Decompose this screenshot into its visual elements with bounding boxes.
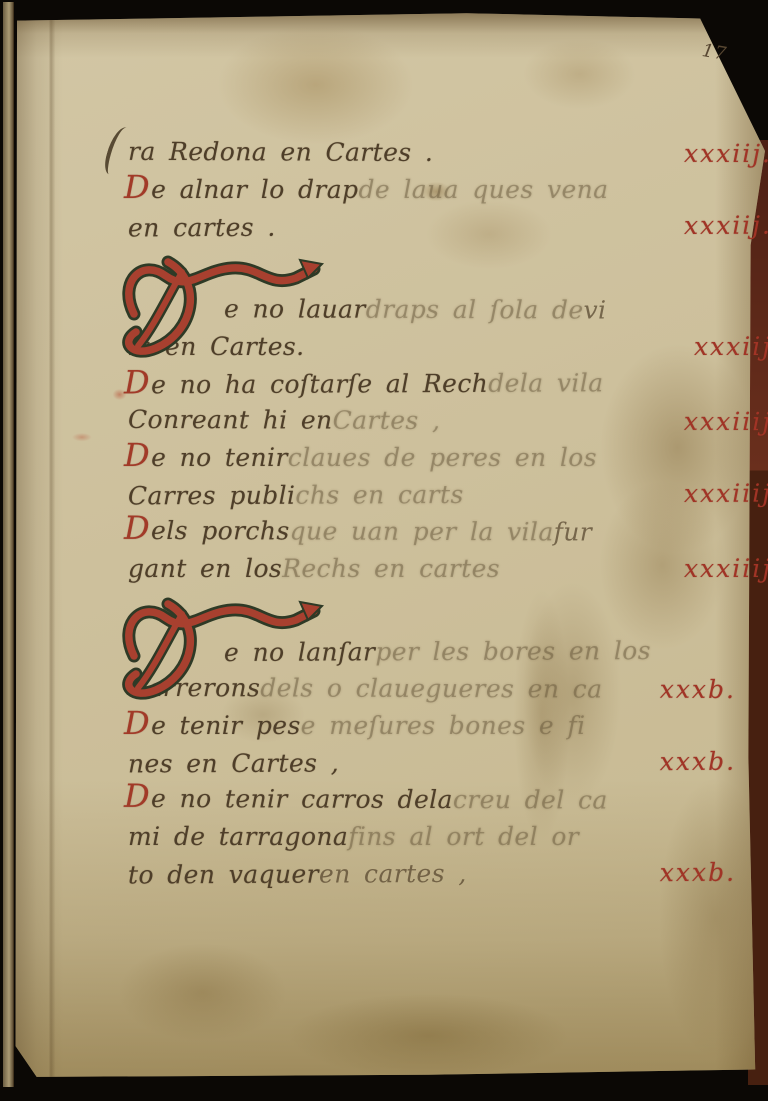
entry-line: mi de tarragona fins al ort del or — [128, 822, 762, 859]
entry-line: ra Redona en Cartes .xxxiij. — [128, 137, 762, 176]
folio-reference-numeral: xxxb. — [660, 675, 736, 704]
entry-text-segment: e no tenir — [151, 443, 288, 472]
entry-text-segment: Rechs en cartes — [282, 554, 500, 583]
entry-text-segment: per les bores en los — [375, 636, 651, 666]
entry-text-segment: chs en carts — [295, 480, 463, 510]
entry-text-segment: dela vila — [488, 368, 603, 398]
folio-reference-numeral: xxxiij. — [684, 139, 768, 168]
entry-text-segment: e tenir pes — [151, 711, 301, 740]
folio-reference-numeral: xxxiiij — [684, 554, 768, 583]
entry-text-segment: e no ha coſtarſe al Rech — [151, 369, 488, 399]
entry-text-segment: fins al ort del or — [348, 822, 579, 851]
entry-text-segment: fur — [554, 517, 593, 546]
entry-line: De no tenir carros dela creu del ca — [128, 784, 762, 823]
folio-reference-numeral: xxxb. — [660, 747, 736, 776]
entry-line: De tenir pes e meſures bones e fi — [128, 711, 762, 748]
entry-text-segment: e no tenir carros dela — [151, 784, 453, 814]
entry-line: to den vaquer en cartes ,xxxb. — [128, 858, 762, 898]
entry-text-segment: to den vaquer — [128, 860, 319, 890]
previous-page-edge — [3, 2, 14, 1087]
entry-text-segment: Cartes , — [333, 406, 441, 435]
entry-lines: ra Redona en Cartes .xxxiij.De alnar lo … — [14, 10, 768, 896]
entry-line: Dels porchs que uan per la vila fur — [128, 516, 762, 555]
entry-text-segment: Conreant hi en — [128, 405, 333, 435]
entry-line: Conreant hi en Cartes ,xxxiiij — [128, 405, 762, 444]
folio-reference-numeral: xxxb. — [660, 858, 736, 887]
entry-line: gant en los Rechs en cartesxxxiiij — [128, 554, 762, 591]
entry-text-segment: Carres publi — [128, 481, 296, 511]
entry-text-segment: creu del ca — [453, 785, 608, 815]
entry-text-segment: claues de peres en los — [288, 443, 597, 472]
entry-text-segment: gant en los — [128, 554, 282, 583]
entry-text-segment: ra Redona en Cartes . — [128, 137, 433, 167]
entry-text-segment: vi — [584, 295, 607, 324]
entry-text-segment: de laua ques vena — [358, 175, 608, 204]
entry-text-segment: e meſures bones e fi — [301, 711, 586, 740]
entry-line: en cartes .xxxiij. — [128, 211, 762, 251]
folio-reference-numeral: xxxiiij — [684, 479, 768, 508]
entry-line: Carres publichs en cartsxxxiiij — [128, 479, 762, 519]
entry-text-segment: e alnar lo drap — [151, 175, 358, 204]
folio-reference-numeral: xxxiiij — [684, 407, 768, 436]
entry-text-segment: els porchs — [151, 516, 290, 545]
decorated-initial-d-icon — [116, 590, 354, 700]
entry-text-segment: nes en Cartes , — [128, 748, 339, 778]
entry-line: De no ha coſtarſe al Rech dela vila — [128, 368, 762, 408]
entry-line: De no tenir claues de peres en los — [128, 443, 762, 480]
entry-text-segment: en cartes , — [319, 859, 467, 889]
entry-text-segment: draps al ſola de — [366, 295, 584, 325]
entry-line: nes en Cartes ,xxxb. — [128, 747, 762, 787]
folio-reference-numeral: xxxiij. — [684, 211, 768, 240]
manuscript-writing-layer: 17 ra Redona en Cartes .xxxiij.De alnar … — [14, 10, 768, 1078]
entry-text-segment: que uan per la vila — [290, 516, 554, 546]
entry-text-segment: mi de tarragona — [128, 822, 348, 851]
entry-line: De alnar lo drap de laua ques vena — [128, 175, 762, 212]
entry-text-segment: en cartes . — [128, 213, 276, 243]
folio-reference-numeral: xxxiij — [694, 332, 768, 361]
decorated-initial-d-icon — [116, 248, 354, 358]
